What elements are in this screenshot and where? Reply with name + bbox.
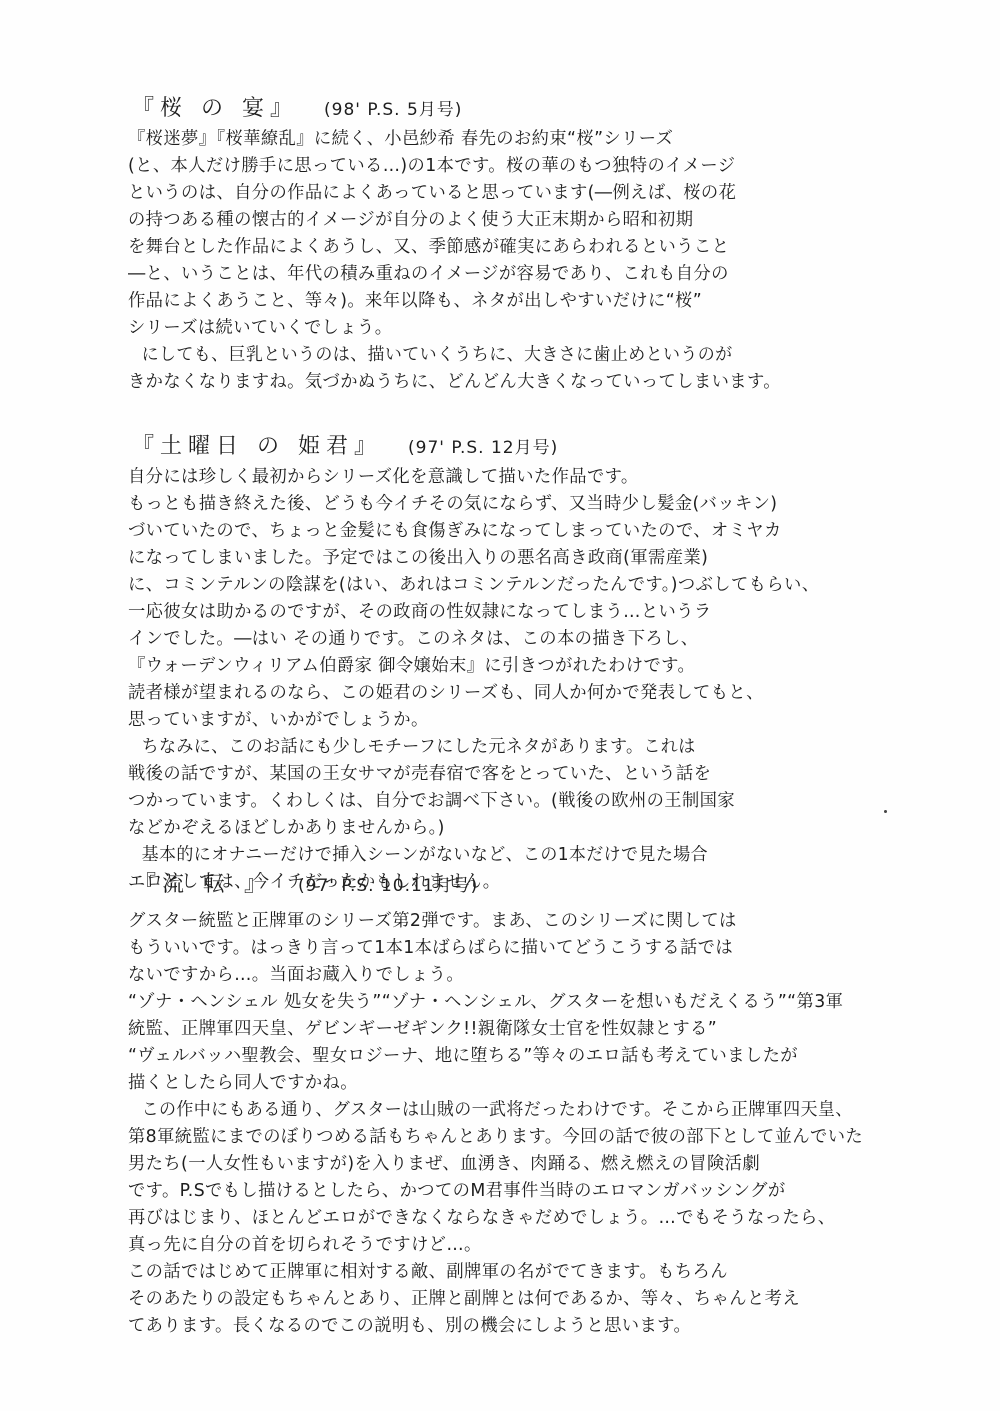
section-title: 『土曜日 の 姫君』(97' P.S. 12月号) — [132, 430, 948, 464]
section-title-text: 『桜 の 宴』 — [132, 96, 298, 121]
text-line: 『桜迷夢』『桜華繚乱』に続く、小邑紗希 春先のお約束“桜”シリーズ — [128, 126, 938, 153]
text-line: きかなくなりますね。気づかぬうちに、どんどん大きくなっていってしまいます。 — [128, 369, 938, 396]
text-line: 真っ先に自分の首を切られそうですけど…。 — [128, 1232, 938, 1259]
text-line: 男たち(一人女性もいますが)を入りまぜ、血湧き、肉踊る、燃え燃えの冒険活劇 — [128, 1151, 938, 1178]
text-line: ないですから…。当面お蔵入りでしょう。 — [128, 962, 938, 989]
section-doyoubi-no-himegimi: 『土曜日 の 姫君』(97' P.S. 12月号) 自分には珍しく最初からシリー… — [128, 430, 948, 896]
text-line: 第8軍統監にまでのぼりつめる話もちゃんとあります。今回の話で彼の部下として並んで… — [128, 1124, 938, 1151]
section-ruten: 『流 転 』(97' P.S. 10.11月号) グスター統監と正牌軍のシリーズ… — [128, 868, 948, 1340]
section-issue: (97' P.S. 10.11月号) — [298, 876, 478, 896]
text-line: を舞台とした作品によくあうし、又、季節感が確実にあらわれるということ — [128, 234, 938, 261]
text-line: 読者様が望まれるのなら、この姫君のシリーズも、同人か何かで発表してもと、 — [128, 680, 938, 707]
handwritten-page: 『桜 の 宴』(98' P.S. 5月号) 『桜迷夢』『桜華繚乱』に続く、小邑紗… — [0, 0, 1000, 1411]
text-line: 一応彼女は助かるのですが、その政商の性奴隷になってしまう…というラ — [128, 599, 938, 626]
text-line: 戦後の話ですが、某国の王女サマが売春宿で客をとっていた、という話を — [128, 761, 938, 788]
text-line: “ヴェルバッハ聖教会、聖女ロジーナ、地に堕ちる”等々のエロ話も考えていましたが — [128, 1043, 938, 1070]
text-line: 自分には珍しく最初からシリーズ化を意識して描いた作品です。 — [128, 464, 938, 491]
section-title: 『流 転 』(97' P.S. 10.11月号) — [134, 868, 948, 902]
text-line: になってしまいました。予定ではこの後出入りの悪名高き政商(軍需産業) — [128, 545, 938, 572]
text-line: ―と、いうことは、年代の積み重ねのイメージが容易であり、これも自分の — [128, 261, 938, 288]
text-line: (と、本人だけ勝手に思っている…)の1本です。桜の華のもつ独特のイメージ — [128, 153, 938, 180]
text-line: 思っていますが、いかがでしょうか。 — [128, 707, 938, 734]
text-line: この作中にもある通り、グスターは山賊の一武将だったわけです。そこから正牌軍四天皇… — [128, 1097, 924, 1124]
section-issue: (98' P.S. 5月号) — [324, 100, 462, 120]
text-line: などかぞえるほどしかありませんから。) — [128, 815, 938, 842]
text-line: インでした。―はい その通りです。このネタは、この本の描き下ろし、 — [128, 626, 938, 653]
section-title-text: 『流 転 』 — [134, 872, 272, 897]
text-line: この話ではじめて正牌軍に相対する敵、副牌軍の名がでてきます。もちろん — [128, 1259, 938, 1286]
text-line: もっとも描き終えた後、どうも今イチその気にならず、又当時少し髪金(バッキン) — [128, 491, 938, 518]
text-line: に、コミンテルンの陰謀を(はい、あれはコミンテルンだったんです。)つぶしてもらい… — [128, 572, 938, 599]
text-line: 描くとしたら同人ですかね。 — [128, 1070, 938, 1097]
text-line: 基本的にオナニーだけで挿入シーンがないなど、この1本だけで見た場合 — [128, 842, 924, 869]
stray-mark — [884, 810, 887, 813]
text-line: もういいです。はっきり言って1本1本ばらばらに描いてどうこうする話では — [128, 935, 938, 962]
text-line: 再びはじまり、ほとんどエロができなくならなきゃだめでしょう。…でもそうなったら、 — [128, 1205, 938, 1232]
section-issue: (97' P.S. 12月号) — [408, 438, 558, 458]
text-line: “ゾナ・ヘンシェル 処女を失う”“ゾナ・ヘンシェル、グスターを想いもだえくるう”… — [128, 989, 938, 1016]
text-line: そのあたりの設定もちゃんとあり、正牌と副牌とは何であるか、等々、ちゃんと考え — [128, 1286, 938, 1313]
text-line: グスター統監と正牌軍のシリーズ第2弾です。まあ、このシリーズに関しては — [128, 908, 938, 935]
section-sakura-no-utage: 『桜 の 宴』(98' P.S. 5月号) 『桜迷夢』『桜華繚乱』に続く、小邑紗… — [128, 92, 948, 396]
text-line: です。P.Sでもし描けるとしたら、かつてのM君事件当時のエロマンガバッシングが — [128, 1178, 938, 1205]
text-line: づいていたので、ちょっと金髪にも食傷ぎみになってしまっていたので、オミヤカ — [128, 518, 938, 545]
section-title: 『桜 の 宴』(98' P.S. 5月号) — [132, 92, 948, 126]
text-line: シリーズは続いていくでしょう。 — [128, 315, 938, 342]
text-line: 統監、正牌軍四天皇、ゲビンギーゼギンク!!親衛隊女士官を性奴隷とする” — [128, 1016, 938, 1043]
text-line: つかっています。くわしくは、自分でお調べ下さい。(戦後の欧州の王制国家 — [128, 788, 938, 815]
text-line: 作品によくあうこと、等々)。来年以降も、ネタが出しやすいだけに“桜” — [128, 288, 938, 315]
text-line: 『ウォーデンウィリアム伯爵家 御令嬢始末』に引きつがれたわけです。 — [128, 653, 938, 680]
text-line: の持つある種の懐古的イメージが自分のよく使う大正末期から昭和初期 — [128, 207, 938, 234]
text-line: というのは、自分の作品によくあっていると思っています(―例えば、桜の花 — [128, 180, 938, 207]
text-line: てあります。長くなるのでこの説明も、別の機会にしようと思います。 — [128, 1313, 938, 1340]
text-line: ちなみに、このお話にも少しモチーフにした元ネタがあります。これは — [128, 734, 924, 761]
text-line: にしても、巨乳というのは、描いていくうちに、大きさに歯止めというのが — [128, 342, 924, 369]
section-title-text: 『土曜日 の 姫君』 — [132, 434, 382, 459]
